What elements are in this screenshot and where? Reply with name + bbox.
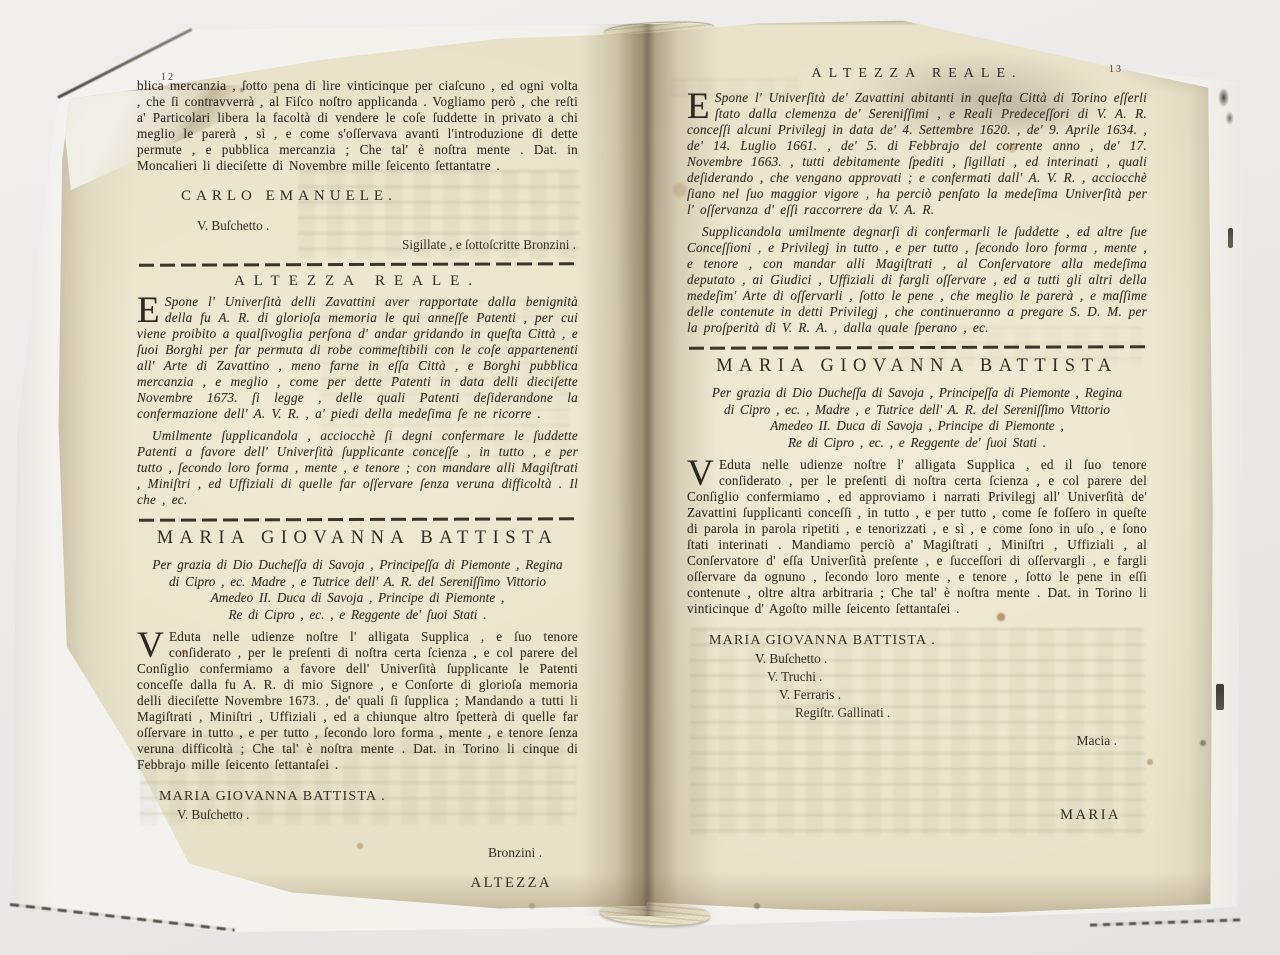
catchword: MARIA — [687, 807, 1121, 824]
royal-signature-name: CARLO EMANUELE. — [181, 188, 578, 205]
petition-paragraph: Umilmente ſupplicandola , acciocchè ſi d… — [137, 428, 578, 508]
catchword: ALTEZZA — [137, 875, 552, 892]
board-stain-right-upper — [1228, 228, 1233, 248]
decree-paragraph: VEduta nelle udienze noſtre l' alligata … — [687, 457, 1147, 617]
right-page-text-column: 13 ALTEZZA REALE. ESpone l' Univerſità d… — [687, 66, 1147, 824]
countersign: V. Buſchetto . — [177, 807, 578, 823]
titulature-line: di Cipro , ec. Madre , e Tutrice dell' A… — [137, 574, 578, 591]
titulature-line: Per grazia di Dio Ducheſſa di Savoja , P… — [137, 557, 578, 574]
titulature-line: Re di Cipro , ec. , e Reggente de' ſuoi … — [687, 435, 1147, 452]
secretary-signature: Bronzini . — [137, 845, 542, 861]
board-stain-top-right — [1214, 86, 1238, 132]
countersign: V. Truchi . — [767, 669, 1147, 685]
signature-name: MARIA GIOVANNA BATTISTA . — [159, 789, 578, 805]
secretary-signature: Macia . — [687, 733, 1117, 749]
seal-note: Sigillate , e ſottoſcritte Bronzini . — [137, 237, 576, 253]
titulature-line: Amedeo II. Duca di Savoja , Principe di … — [137, 590, 578, 607]
section-divider — [689, 345, 1145, 350]
section-divider — [139, 517, 576, 522]
petition-paragraph: ESpone l' Univerſità delli Zavattini ave… — [137, 294, 578, 422]
section-divider — [139, 262, 576, 267]
section-heading-maria: MARIA GIOVANNA BATTISTA — [137, 528, 578, 549]
page-number: 12 — [161, 72, 175, 83]
titulature-line: Amedeo II. Duca di Savoja , Principe di … — [687, 418, 1147, 435]
countersign: V. Ferraris . — [779, 687, 1147, 703]
board-stain-right-lower — [1216, 684, 1224, 710]
registration-signature: Regiſtr. Gallinati . — [795, 705, 1147, 721]
petition-paragraph: Supplicandola umilmente degnarſi di conf… — [687, 224, 1147, 336]
photo-of-open-book: { "palette": { "background": "#ecebe9", … — [0, 0, 1280, 955]
titulature-line: di Cipro , ec. , Madre , e Tutrice dell'… — [687, 402, 1147, 419]
running-header: ALTEZZA REALE. — [687, 66, 1147, 82]
titulature-line: Per grazia di Dio Ducheſſa di Savoja , P… — [687, 385, 1147, 402]
section-heading-altezza: ALTEZZA REALE. — [137, 273, 578, 290]
decree-paragraph: VEduta nelle udienze noſtre l' alligata … — [137, 629, 578, 773]
petition-paragraph: ESpone l' Univerſità de' Zavattini abita… — [687, 90, 1147, 218]
section-heading-maria: MARIA GIOVANNA BATTISTA — [687, 356, 1147, 377]
continuation-paragraph: blica mercanzia , ſotto pena di lire vin… — [137, 78, 578, 174]
titulature-line: Re di Cipro , ec. , e Reggente de' ſuoi … — [137, 607, 578, 624]
countersign: V. Buſchetto . — [755, 651, 1147, 667]
board-edge-bottom-right — [1090, 918, 1240, 926]
signature-name: MARIA GIOVANNA BATTISTA . — [709, 633, 1147, 649]
page-number: 13 — [1109, 64, 1123, 75]
left-page-text-column: 12 blica mercanzia , ſotto pena di lire … — [137, 78, 578, 892]
countersign: V. Buſchetto . — [197, 218, 578, 234]
photo-background: 12 blica mercanzia , ſotto pena di lire … — [0, 0, 1280, 955]
